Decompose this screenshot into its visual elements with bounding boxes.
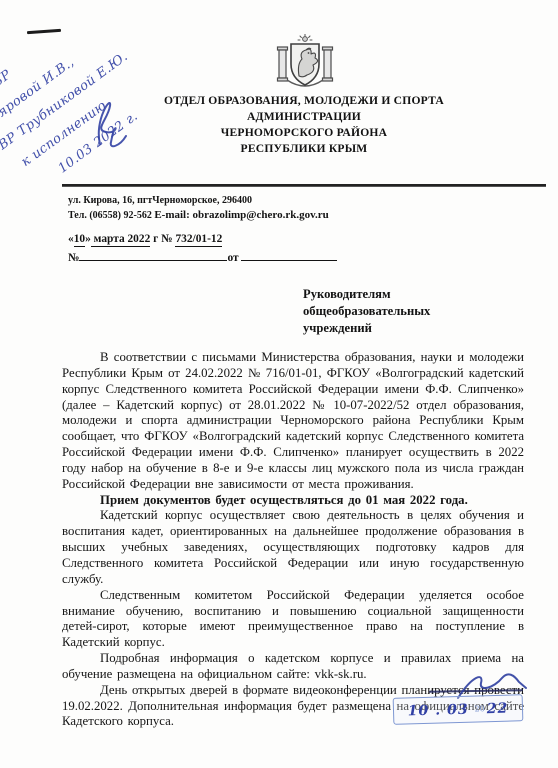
org-line: ОТДЕЛ ОБРАЗОВАНИЯ, МОЛОДЕЖИ И СПОРТА xyxy=(110,93,498,109)
quote-open: « xyxy=(68,233,74,245)
email-address: E-mail: obrazolimp@chero.rk.gov.ru xyxy=(154,209,328,221)
ot-label: от xyxy=(227,252,238,264)
org-line: ЧЕРНОМОРСКОГО РАЙОНА xyxy=(110,125,498,141)
addressee-line: учреждений xyxy=(303,320,430,337)
org-line: РЕСПУБЛИКИ КРЫМ xyxy=(110,141,498,157)
stamp-month: 03 xyxy=(447,701,469,718)
addressee-line: общеобразовательных xyxy=(303,303,430,320)
ref-day: 10 xyxy=(74,233,85,247)
crimea-coat-of-arms-icon xyxy=(276,34,334,96)
num-sign: № xyxy=(68,252,79,264)
scanned-letter: ЗДУВР Кудияровой И.В., ЗДУВР Трубниковой… xyxy=(0,0,558,768)
addressee-block: Руководителям общеобразовательных учрежд… xyxy=(303,286,430,337)
quote-close: » xyxy=(85,233,91,245)
stamp-year: 22 xyxy=(487,700,509,717)
blank-number-field xyxy=(79,249,227,261)
letterhead-divider xyxy=(62,184,546,187)
org-line: АДМИНИСТРАЦИИ xyxy=(110,109,498,125)
ref-number: 732/01-12 xyxy=(175,233,222,247)
addressee-line: Руководителям xyxy=(303,286,430,303)
blank-date-field xyxy=(241,249,337,261)
ref-middle: г № xyxy=(150,233,175,245)
received-date-stamp: 10 . 03 20 22 xyxy=(393,694,524,725)
stamp-year-prefix: 20 xyxy=(474,704,484,713)
postal-address: ул. Кирова, 16, пгтЧерноморское, 296400 xyxy=(68,194,488,208)
paragraph: Следственным комитетом Российской Федера… xyxy=(62,588,524,651)
stamp-day: 10 xyxy=(408,702,430,719)
paragraph-deadline: Прием документов будет осуществляться до… xyxy=(62,493,524,509)
organisation-name: ОТДЕЛ ОБРАЗОВАНИЯ, МОЛОДЕЖИ И СПОРТА АДМ… xyxy=(110,93,498,157)
contact-block: ул. Кирова, 16, пгтЧерноморское, 296400 … xyxy=(68,194,488,223)
paragraph: В соответствии с письмами Министерства о… xyxy=(62,350,524,493)
ref-month-year: марта 2022 xyxy=(91,233,150,247)
stamp-sep: . xyxy=(435,702,441,718)
phone-number: Тел. (06558) 92-562 xyxy=(68,210,152,221)
outgoing-ref-line: «10» марта 2022 г № 732/01-12 xyxy=(68,233,222,245)
incoming-ref-line: №от xyxy=(68,249,337,264)
paragraph: Кадетский корпус осуществляет свою деяте… xyxy=(62,508,524,587)
